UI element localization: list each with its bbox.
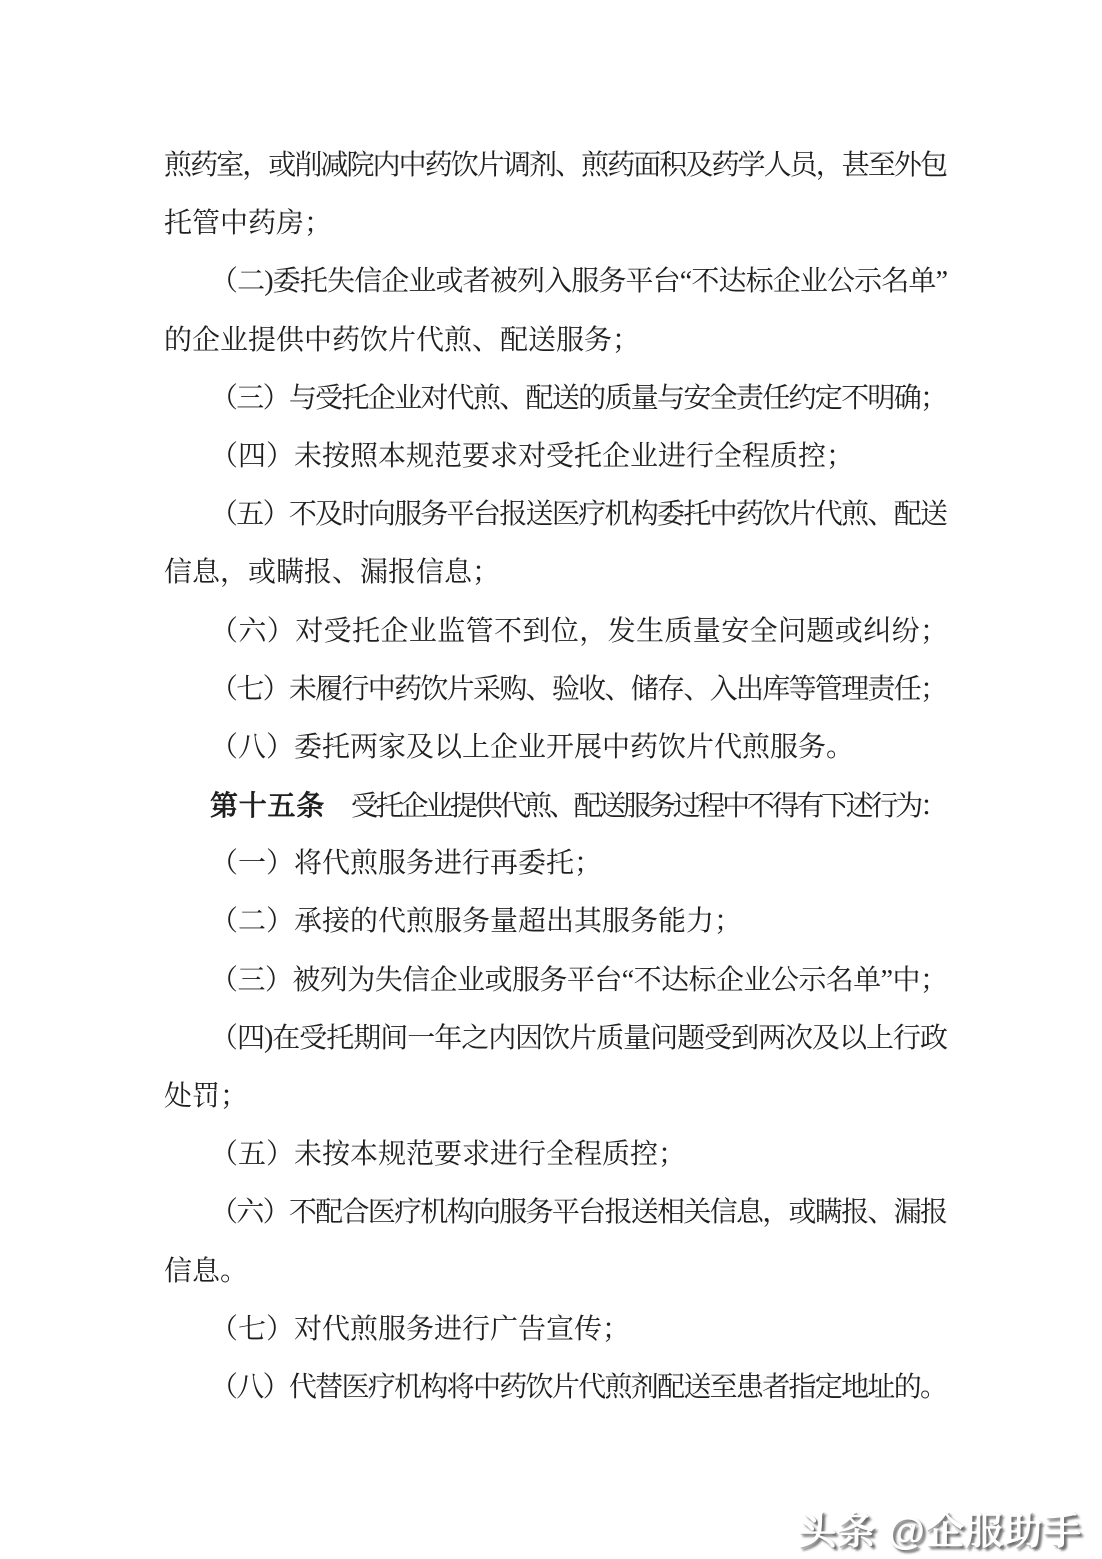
document-line: 处罚； xyxy=(164,1068,944,1126)
line-text: 处罚； xyxy=(164,1081,248,1112)
line-text: （三）与受托企业对代煎、配送的质量与安全责任约定不明确； xyxy=(210,383,944,414)
line-text: （七）对代煎服务进行广告宣传； xyxy=(210,1314,630,1345)
line-text: （四)在受托期间一年之内因饮片质量问题受到两次及以上行政 xyxy=(210,1023,944,1054)
document-line: 的企业提供中药饮片代煎、配送服务； xyxy=(164,312,944,370)
line-text: 托管中药房； xyxy=(164,208,332,239)
document-line: （八）委托两家及以上企业开展中药饮片代煎服务。 xyxy=(164,719,944,777)
document-line: （三）与受托企业对代煎、配送的质量与安全责任约定不明确； xyxy=(164,370,944,428)
document-line: （六）对受托企业监管不到位，发生质量安全问题或纠纷； xyxy=(164,603,944,661)
document-line: （一）将代煎服务进行再委托； xyxy=(164,835,944,893)
document-line: （五）未按本规范要求进行全程质控； xyxy=(164,1126,944,1184)
document-line: 信息，或瞒报、漏报信息； xyxy=(164,544,944,602)
line-text: （三）被列为失信企业或服务平台“不达标企业公示名单”中； xyxy=(210,965,944,996)
document-line: 第十五条受托企业提供代煎、配送服务过程中不得有下述行为： xyxy=(164,777,944,835)
line-text: （八）代替医疗机构将中药饮片代煎剂配送至患者指定地址的。 xyxy=(210,1372,944,1403)
document-line: （二)委托失信企业或者被列入服务平台“不达标企业公示名单” xyxy=(164,253,944,311)
line-text: （六）不配合医疗机构向服务平台报送相关信息，或瞒报、漏报 xyxy=(210,1197,944,1228)
document-line: 托管中药房； xyxy=(164,195,944,253)
document-line: （三）被列为失信企业或服务平台“不达标企业公示名单”中； xyxy=(164,952,944,1010)
line-text: （五）不及时向服务平台报送医疗机构委托中药饮片代煎、配送 xyxy=(210,499,944,530)
article-number-bold: 第十五条 xyxy=(210,790,325,821)
document-line: （二）承接的代煎服务量超出其服务能力； xyxy=(164,893,944,951)
document-line: （七）未履行中药饮片采购、验收、储存、入出库等管理责任； xyxy=(164,661,944,719)
document-line: 信息。 xyxy=(164,1243,944,1301)
document-line: （五）不及时向服务平台报送医疗机构委托中药饮片代煎、配送 xyxy=(164,486,944,544)
line-text: （六）对受托企业监管不到位，发生质量安全问题或纠纷； xyxy=(210,616,944,647)
document-line: （八）代替医疗机构将中药饮片代煎剂配送至患者指定地址的。 xyxy=(164,1359,944,1417)
line-text: 信息。 xyxy=(164,1256,248,1287)
document-line: （四）未按照本规范要求对受托企业进行全程质控； xyxy=(164,428,944,486)
document-line: （六）不配合医疗机构向服务平台报送相关信息，或瞒报、漏报 xyxy=(164,1184,944,1242)
line-text: （五）未按本规范要求进行全程质控； xyxy=(210,1139,686,1170)
line-text: （八）委托两家及以上企业开展中药饮片代煎服务。 xyxy=(210,732,854,763)
document-line: 煎药室，或削减院内中药饮片调剂、煎药面积及药学人员，甚至外包 xyxy=(164,137,944,195)
line-text: （二)委托失信企业或者被列入服务平台“不达标企业公示名单” xyxy=(210,266,944,297)
watermark-text: 头条 @企服助手 xyxy=(798,1500,1082,1555)
line-text: 的企业提供中药饮片代煎、配送服务； xyxy=(164,325,640,356)
line-text: （四）未按照本规范要求对受托企业进行全程质控； xyxy=(210,441,854,472)
line-text: （一）将代煎服务进行再委托； xyxy=(210,848,602,879)
line-text: 煎药室，或削减院内中药饮片调剂、煎药面积及药学人员，甚至外包 xyxy=(164,150,944,181)
document-line: （七）对代煎服务进行广告宣传； xyxy=(164,1301,944,1359)
line-text: 受托企业提供代煎、配送服务过程中不得有下述行为： xyxy=(351,791,944,822)
line-text: （七）未履行中药饮片采购、验收、储存、入出库等管理责任； xyxy=(210,674,944,705)
line-text: （二）承接的代煎服务量超出其服务能力； xyxy=(210,906,742,937)
line-text: 信息，或瞒报、漏报信息； xyxy=(164,557,500,588)
document-line: （四)在受托期间一年之内因饮片质量问题受到两次及以上行政 xyxy=(164,1010,944,1068)
document-page: 煎药室，或削减院内中药饮片调剂、煎药面积及药学人员，甚至外包 托管中药房； （二… xyxy=(0,0,1102,1559)
document-body: 煎药室，或削减院内中药饮片调剂、煎药面积及药学人员，甚至外包 托管中药房； （二… xyxy=(164,137,944,1417)
